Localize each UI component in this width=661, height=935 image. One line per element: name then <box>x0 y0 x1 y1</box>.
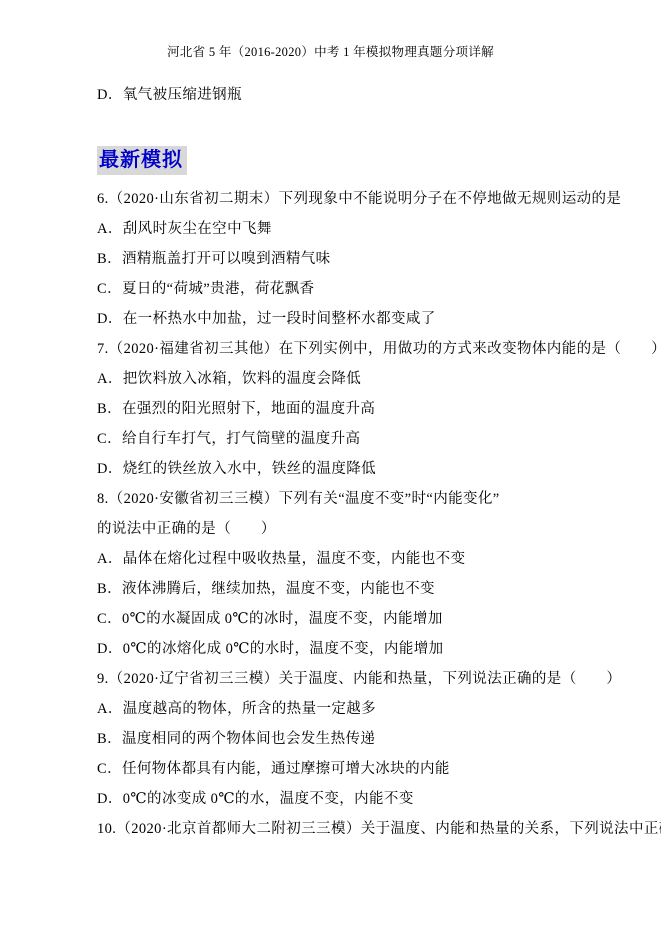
question-9-option-d: D．0℃的冰变成 0℃的水，温度不变，内能不变 <box>97 791 613 808</box>
question-6-stem: 6.（2020·山东省初二期末）下列现象中不能说明分子在不停地做无规则运动的是 <box>97 191 613 208</box>
question-9: 9.（2020·辽宁省初三三模）关于温度、内能和热量，下列说法正确的是（ ） A… <box>97 671 613 808</box>
question-8-stem-line-2: 的说法中正确的是（ ） <box>97 521 613 538</box>
question-8-option-d: D．0℃的冰熔化成 0℃的水时，温度不变，内能增加 <box>97 641 613 658</box>
question-6-option-b: B．酒精瓶盖打开可以嗅到酒精气味 <box>97 251 613 268</box>
question-9-option-b: B．温度相同的两个物体间也会发生热传递 <box>97 731 613 748</box>
question-8-option-b: B．液体沸腾后，继续加热，温度不变，内能也不变 <box>97 581 613 598</box>
document-page: 河北省 5 年（2016-2020）中考 1 年模拟物理真题分项详解 D．氧气被… <box>0 0 661 935</box>
question-10-stem: 10.（2020·北京首都师大二附初三三模）关于温度、内能和热量的关系，下列说法… <box>97 821 613 838</box>
question-6-option-a: A．刮风时灰尘在空中飞舞 <box>97 221 613 238</box>
question-8: 8.（2020·安徽省初三三模）下列有关“温度不变”时“内能变化” 的说法中正确… <box>97 491 613 658</box>
question-7-option-a: A．把饮料放入冰箱，饮料的温度会降低 <box>97 371 613 388</box>
question-9-option-c: C．任何物体都具有内能，通过摩擦可增大冰块的内能 <box>97 761 613 778</box>
question-6: 6.（2020·山东省初二期末）下列现象中不能说明分子在不停地做无规则运动的是 … <box>97 191 613 328</box>
question-7-option-c: C．给自行车打气，打气筒壁的温度升高 <box>97 431 613 448</box>
section-heading-text: 最新模拟 <box>97 146 187 175</box>
section-heading: 最新模拟 <box>97 146 613 175</box>
question-9-option-a: A．温度越高的物体，所含的热量一定越多 <box>97 701 613 718</box>
question-8-option-c: C．0℃的水凝固成 0℃的冰时，温度不变，内能增加 <box>97 611 613 628</box>
question-7-stem: 7.（2020·福建省初三其他）在下列实例中，用做功的方式来改变物体内能的是（ … <box>97 341 613 358</box>
question-7-option-d: D．烧红的铁丝放入水中，铁丝的温度降低 <box>97 461 613 478</box>
question-8-stem-line-1: 8.（2020·安徽省初三三模）下列有关“温度不变”时“内能变化” <box>97 491 613 508</box>
question-10: 10.（2020·北京首都师大二附初三三模）关于温度、内能和热量的关系，下列说法… <box>97 821 613 838</box>
question-9-stem: 9.（2020·辽宁省初三三模）关于温度、内能和热量，下列说法正确的是（ ） <box>97 671 613 688</box>
question-6-option-c: C．夏日的“荷城”贵港，荷花飘香 <box>97 281 613 298</box>
question-7: 7.（2020·福建省初三其他）在下列实例中，用做功的方式来改变物体内能的是（ … <box>97 341 613 478</box>
document-body: D．氧气被压缩进钢瓶 最新模拟 6.（2020·山东省初二期末）下列现象中不能说… <box>97 87 613 838</box>
carryover-option-d: D．氧气被压缩进钢瓶 <box>97 87 613 104</box>
document-header-title: 河北省 5 年（2016-2020）中考 1 年模拟物理真题分项详解 <box>0 0 661 59</box>
question-7-option-b: B．在强烈的阳光照射下，地面的温度升高 <box>97 401 613 418</box>
question-8-option-a: A．晶体在熔化过程中吸收热量，温度不变，内能也不变 <box>97 551 613 568</box>
question-6-option-d: D．在一杯热水中加盐，过一段时间整杯水都变咸了 <box>97 311 613 328</box>
